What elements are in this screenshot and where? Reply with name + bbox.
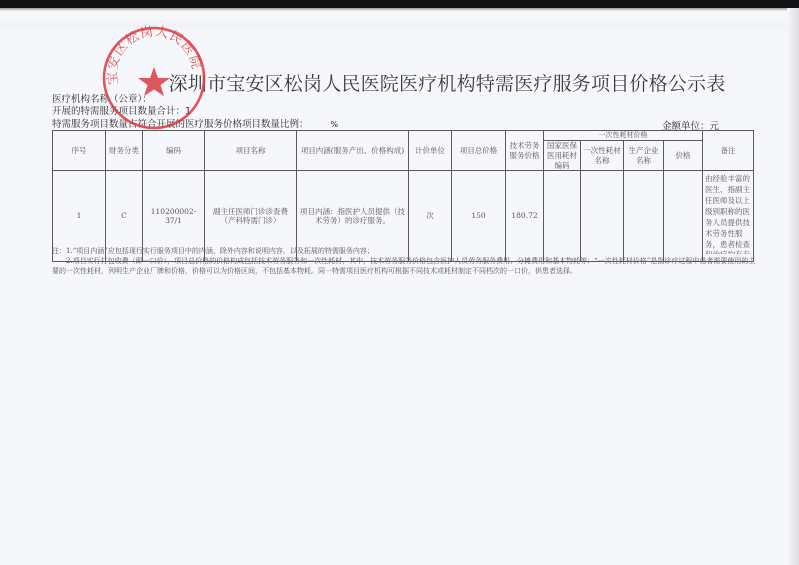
price-table: 序号 财务分类 编码 项目名称 项目内涵(服务产出、价格构成) 计价单位 项目总…	[52, 130, 754, 262]
cell-remarks-text: 由经验丰富的医生、指副主任医师及以上级别职称的医务人员提供技术劳务性服务，患者检…	[705, 174, 751, 254]
header-code: 编码	[143, 131, 205, 171]
official-seal-icon: 宝安区松岗人民医院	[101, 25, 207, 131]
service-ratio-value: %	[331, 120, 339, 129]
header-finance-category: 财务分类	[106, 131, 143, 171]
header-remarks: 备注	[703, 131, 754, 171]
header-seq: 序号	[53, 131, 106, 171]
table-header-row: 序号 财务分类 编码 项目名称 项目内涵(服务产出、价格构成) 计价单位 项目总…	[53, 131, 754, 141]
header-unit: 计价单位	[409, 131, 452, 171]
scan-top-border	[0, 0, 799, 8]
header-national-code: 国家医保医用耗材编码	[544, 141, 581, 171]
header-total-price: 项目总价格	[452, 131, 506, 171]
header-consumables-group: 一次性耗材价格	[544, 131, 703, 141]
footnotes: 注：1.“项目内涵”应包括现行实行服务项目中的内涵、除外内容和说明内容，以及拓展…	[52, 246, 757, 276]
header-consumable-price: 价格	[664, 141, 703, 171]
scan-top-shadow	[0, 8, 799, 11]
header-labor-price: 技术劳务服务价格	[506, 131, 544, 171]
header-item-content: 项目内涵(服务产出、价格构成)	[297, 131, 409, 171]
header-item-name: 项目名称	[205, 131, 297, 171]
header-manufacturer: 生产企业名称	[624, 141, 664, 171]
footnote-2: 2.项目实行打包收费（即一口价），项目总价格的价格构成包括技术劳务服务和一次性耗…	[52, 256, 757, 276]
header-material-name: 一次性耗材名称	[581, 141, 624, 171]
footnote-1: 注：1.“项目内涵”应包括现行实行服务项目中的内涵、除外内容和说明内容，以及拓展…	[52, 246, 757, 256]
